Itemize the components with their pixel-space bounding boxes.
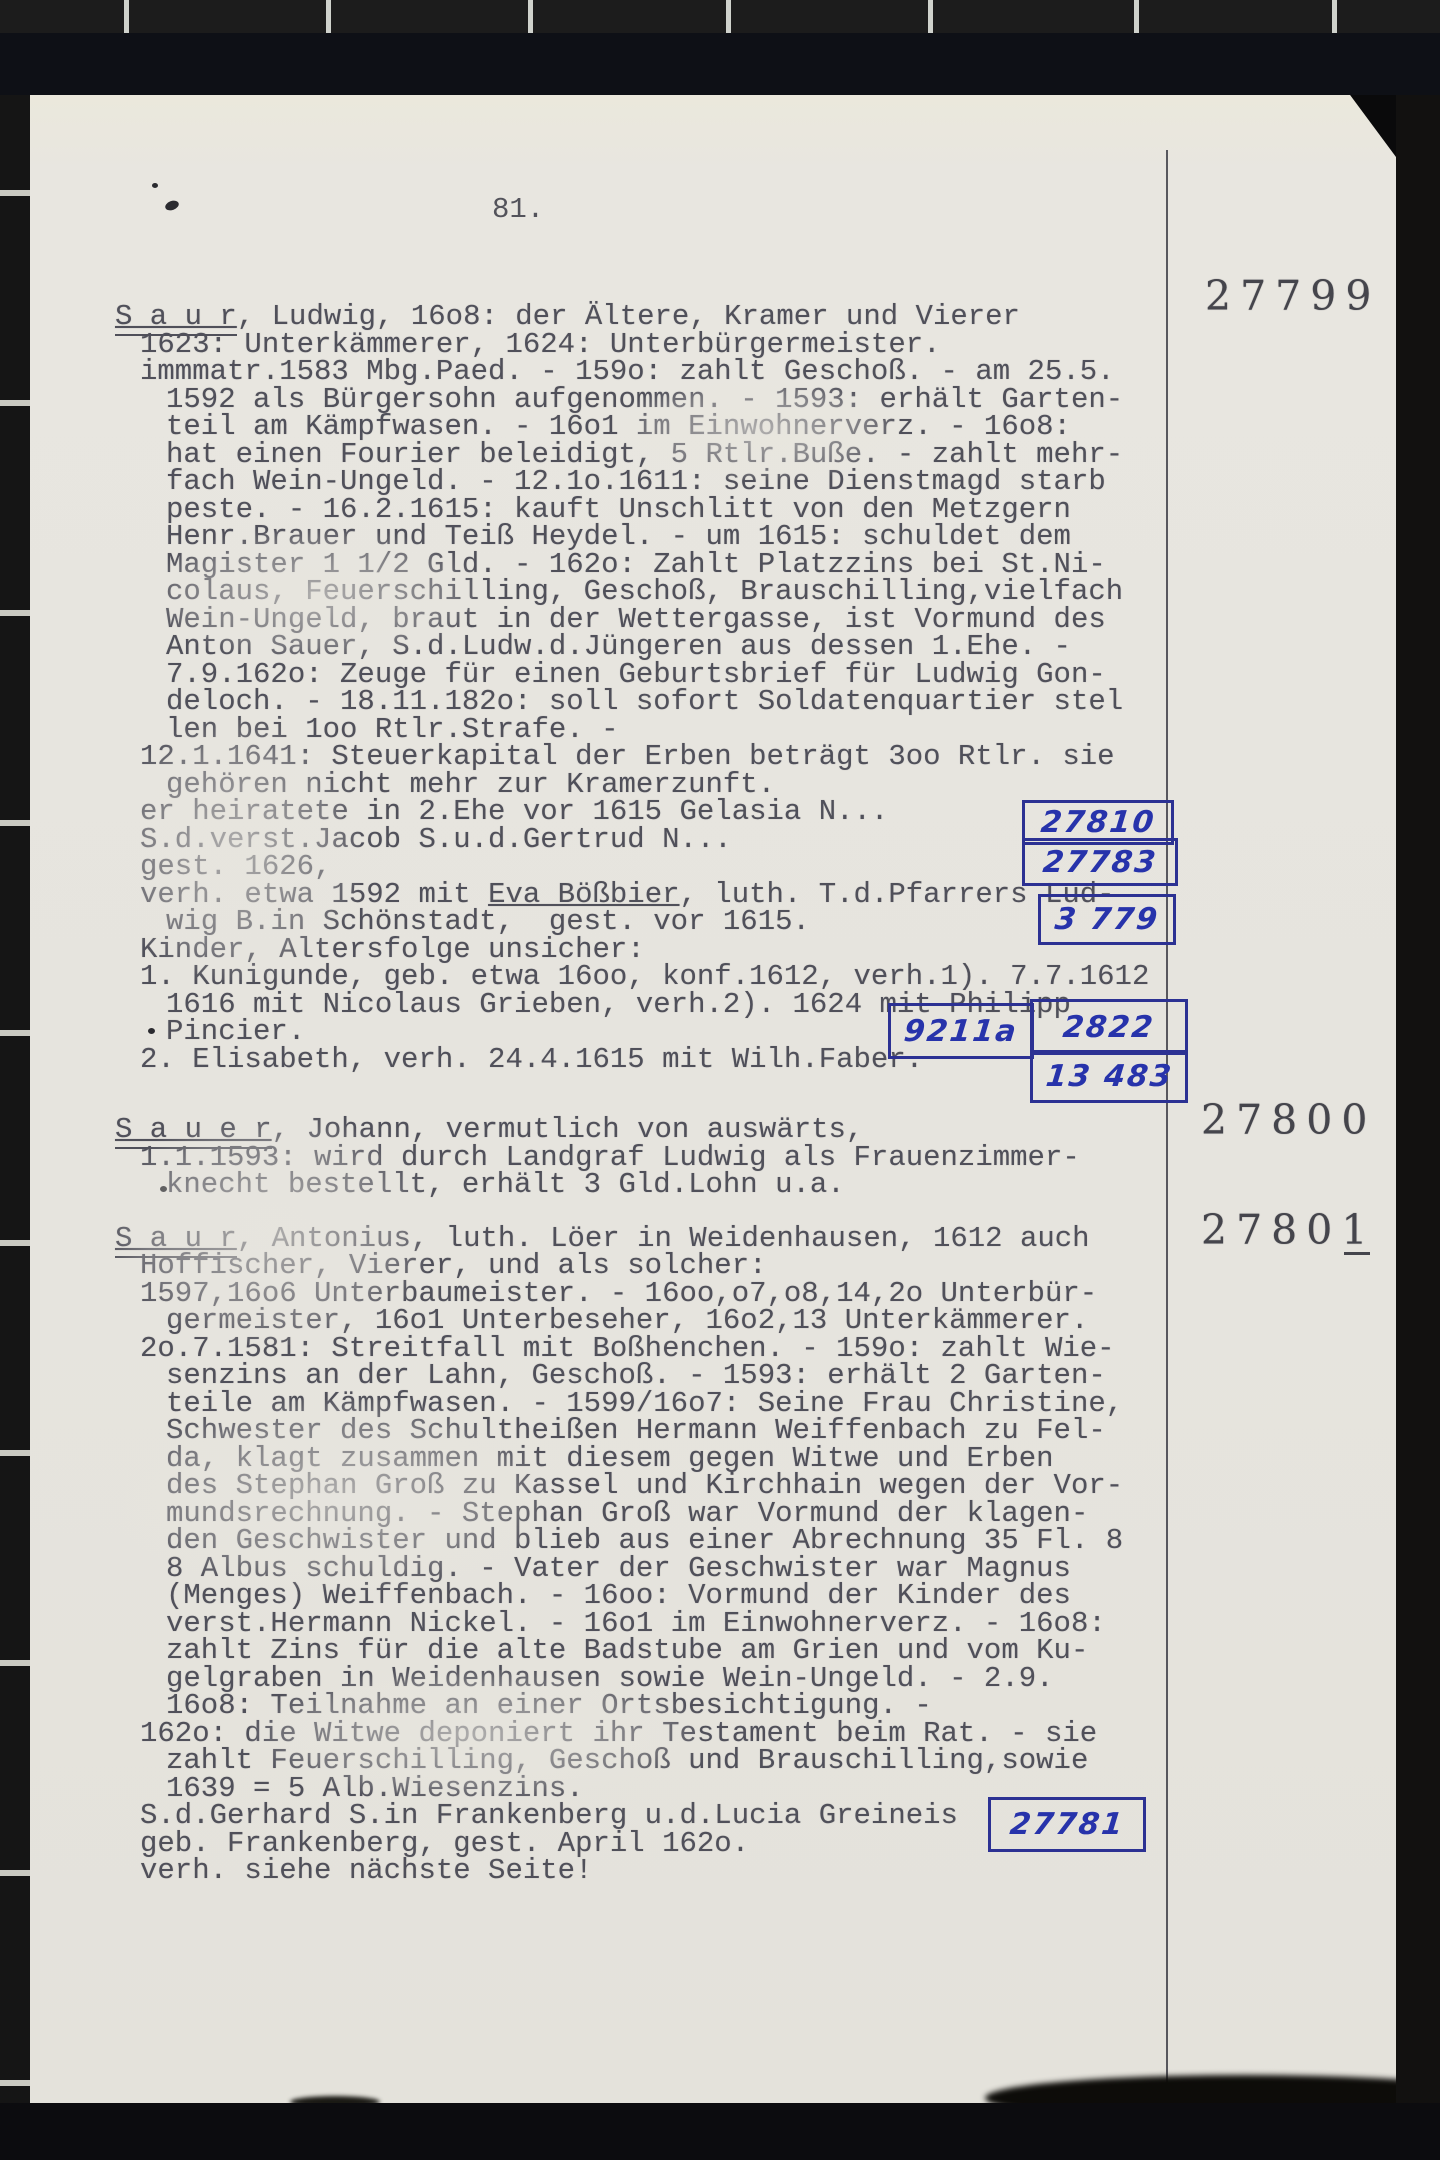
film-band-top: [0, 33, 1440, 95]
text-line: wig B.in Schönstadt, gest. vor 1615.: [166, 908, 1396, 936]
film-tick: [326, 0, 331, 33]
margin-stamp-number: 27801: [1201, 1206, 1376, 1254]
text-line: Magister 1 1/2 Gld. - 162o: Zahlt Platzz…: [166, 551, 1396, 579]
film-edge-bottom: [0, 2103, 1440, 2160]
text-line: 7.9.162o: Zeuge für einen Geburtsbrief f…: [166, 661, 1396, 689]
handwritten-ref-value: 9211a: [902, 1014, 1019, 1049]
text-line: Kinder, Altersfolge unsicher:: [140, 936, 1396, 964]
text-line: 16o8: Teilnahme an einer Ortsbesichtigun…: [166, 1692, 1396, 1720]
text-line: 1592 als Bürgersohn aufgenommen. - 1593:…: [166, 386, 1396, 414]
text-line: colaus, Feuerschilling, Geschoß, Brausch…: [166, 578, 1396, 606]
text-line: 1597,16o6 Unterbaumeister. - 16oo,o7,o8,…: [140, 1280, 1396, 1308]
text-segment: 2. Elisabeth, verh. 24.4.1615 mit Wilh.F…: [140, 1043, 923, 1076]
paper: 81. S a u r, Ludwig, 16o8: der Ältere, K…: [30, 95, 1396, 2103]
scanned-archive-page: 81. S a u r, Ludwig, 16o8: der Ältere, K…: [0, 0, 1440, 2160]
text-line: 1639 = 5 Alb.Wiesenzins.: [166, 1775, 1396, 1803]
text-line: germeister, 16o1 Unterbeseher, 16o2,13 U…: [166, 1307, 1396, 1335]
text-line: geb. Frankenberg, gest. April 162o.: [140, 1830, 1396, 1858]
handwritten-ref-value: 13 483: [1044, 1059, 1175, 1094]
text-line: fach Wein-Ungeld. - 12.1o.1611: seine Di…: [166, 468, 1396, 496]
film-tick: [124, 0, 129, 33]
text-line: 1. Kunigunde, geb. etwa 16oo, konf.1612,…: [140, 963, 1396, 991]
text-line: verh. etwa 1592 mit Eva Bößbier, luth. T…: [140, 881, 1396, 909]
text-line: deloch. - 18.11.182o: soll sofort Soldat…: [166, 688, 1396, 716]
text-line: gest. 1626,: [140, 853, 1396, 881]
handwritten-ref-box: 27783: [1022, 838, 1178, 886]
text-line: 2o.7.1581: Streitfall mit Boßhenchen. - …: [140, 1335, 1396, 1363]
text-line: 1616 mit Nicolaus Grieben, verh.2). 1624…: [166, 991, 1396, 1019]
ink-speck: [152, 183, 158, 188]
text-line: gehören nicht mehr zur Kramerzunft.: [166, 771, 1396, 799]
text-line: knecht bestellt, erhält 3 Gld.Lohn u.a.: [166, 1171, 1396, 1199]
text-line: Schwester des Schultheißen Hermann Weiff…: [166, 1417, 1396, 1445]
margin-stamp-number: 27799: [1205, 272, 1380, 320]
handwritten-ref-box: 9211a: [888, 1003, 1034, 1059]
text-line: Hoffischer, Vierer, und als solcher:: [140, 1252, 1396, 1280]
film-edge-right: [1396, 95, 1440, 2103]
text-line: er heiratete in 2.Ehe vor 1615 Gelasia N…: [140, 798, 1396, 826]
text-line: verh. siehe nächste Seite!: [140, 1857, 1396, 1885]
text-line: Henr.Brauer und Teiß Heydel. - um 1615: …: [166, 523, 1396, 551]
film-tick: [528, 0, 533, 33]
scan-shadow: [290, 2096, 380, 2103]
scan-shadow: [985, 2075, 1396, 2103]
text-line: senzins an der Lahn, Geschoß. - 1593: er…: [166, 1362, 1396, 1390]
text-line: hat einen Fourier beleidigt, 5 Rtlr.Buße…: [166, 441, 1396, 469]
text-line: 1.1.1593: wird durch Landgraf Ludwig als…: [140, 1144, 1396, 1172]
text-line: Wein-Ungeld, braut in der Wettergasse, i…: [166, 606, 1396, 634]
text-line: teile am Kämpfwasen. - 1599/16o7: Seine …: [166, 1390, 1396, 1418]
ink-speck: [160, 1186, 167, 1192]
text-line: 12.1.1641: Steuerkapital der Erben beträ…: [140, 743, 1396, 771]
text-line: 1623: Unterkämmerer, 1624: Unterbürgerme…: [140, 331, 1396, 359]
handwritten-ref-box: 3 779: [1038, 894, 1176, 945]
text-line: da, klagt zusammen mit diesem gegen Witw…: [166, 1445, 1396, 1473]
handwritten-ref-value: 2822: [1061, 1010, 1156, 1045]
text-line: den Geschwister und blieb aus einer Abre…: [166, 1527, 1396, 1555]
film-edge-left: [0, 95, 30, 2160]
film-tick: [1332, 0, 1337, 33]
text-segment: verh. siehe nächste Seite!: [140, 1854, 592, 1887]
corner-shadow: [1340, 95, 1396, 157]
film-tick: [726, 0, 731, 33]
margin-stamp-number: 27800: [1201, 1096, 1376, 1144]
text-line: mundsrechnung. - Stephan Groß war Vormun…: [166, 1500, 1396, 1528]
handwritten-ref-value: 27783: [1041, 845, 1159, 880]
text-line: zahlt Zins für die alte Badstube am Grie…: [166, 1637, 1396, 1665]
text-line: 162o: die Witwe deponiert ihr Testament …: [140, 1720, 1396, 1748]
text-line: 2. Elisabeth, verh. 24.4.1615 mit Wilh.F…: [140, 1046, 1396, 1074]
text-line: S.d.verst.Jacob S.u.d.Gertrud N...: [140, 826, 1396, 854]
handwritten-ref-box: 2822: [1030, 999, 1188, 1055]
ink-speck: [148, 1028, 155, 1034]
text-line: len bei 1oo Rtlr.Strafe. -: [166, 716, 1396, 744]
text-segment: knecht bestellt, erhält 3 Gld.Lohn u.a.: [166, 1168, 845, 1201]
handwritten-ref-box: 13 483: [1030, 1050, 1188, 1103]
handwritten-ref-box: 27781: [988, 1797, 1146, 1852]
text-line: gelgraben in Weidenhausen sowie Wein-Ung…: [166, 1665, 1396, 1693]
text-line: des Stephan Groß zu Kassel und Kirchhain…: [166, 1472, 1396, 1500]
text-line: S.d.Gerhard S.in Frankenberg u.d.Lucia G…: [140, 1802, 1396, 1830]
handwritten-ref-value: 3 779: [1053, 902, 1161, 937]
text-line: immmatr.1583 Mbg.Paed. - 159o: zahlt Ges…: [140, 358, 1396, 386]
film-edge-top: [0, 0, 1440, 33]
ink-speck: [164, 199, 180, 212]
text-line: S a u r, Ludwig, 16o8: der Ältere, Krame…: [115, 303, 1396, 331]
text-line: Anton Sauer, S.d.Ludw.d.Jüngeren aus des…: [166, 633, 1396, 661]
text-line: 8 Albus schuldig. - Vater der Geschwiste…: [166, 1555, 1396, 1583]
film-tick: [1134, 0, 1139, 33]
text-line: verst.Hermann Nickel. - 16o1 im Einwohne…: [166, 1610, 1396, 1638]
handwritten-ref-value: 27810: [1039, 805, 1157, 840]
text-line: teil am Kämpfwasen. - 16o1 im Einwohnerv…: [166, 413, 1396, 441]
text-line: zahlt Feuerschilling, Geschoß und Brausc…: [166, 1747, 1396, 1775]
page-number: 81.: [492, 193, 544, 226]
text-line: (Menges) Weiffenbach. - 16oo: Vormund de…: [166, 1582, 1396, 1610]
text-line: peste. - 16.2.1615: kauft Unschlitt von …: [166, 496, 1396, 524]
film-tick: [928, 0, 933, 33]
handwritten-ref-value: 27781: [1008, 1807, 1126, 1842]
text-block: S a u r, Ludwig, 16o8: der Ältere, Krame…: [30, 303, 1396, 1885]
text-line: Pincier.: [166, 1018, 1396, 1046]
